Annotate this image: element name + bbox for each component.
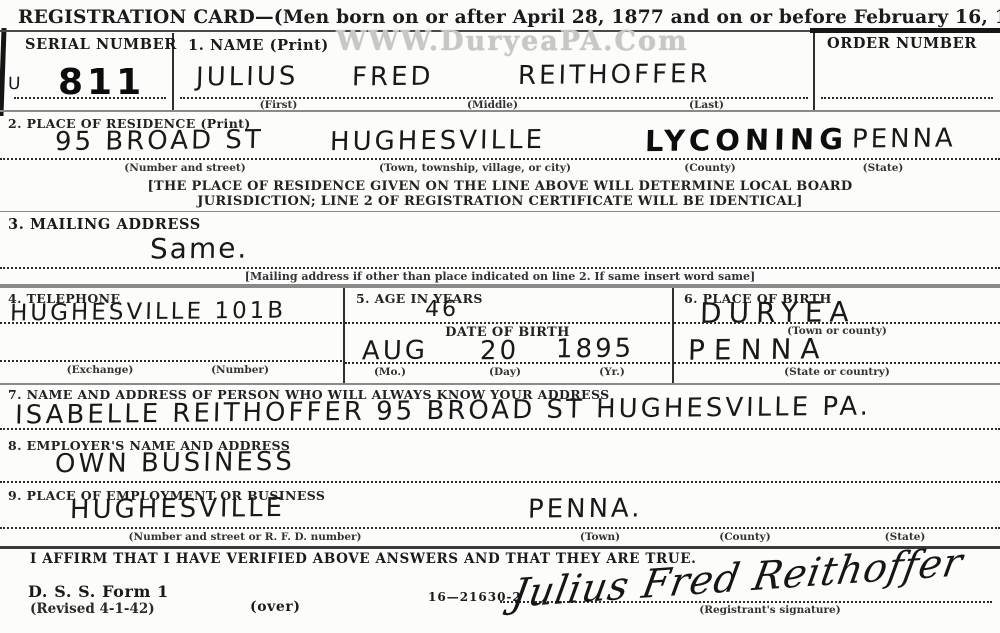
birth-town-writing-line [674,322,1000,324]
birth-year-value: 1895 [556,334,635,365]
over-note: (over) [250,599,301,615]
column-divider-name-order [813,33,815,110]
notice-line-1: [THE PLACE OF RESIDENCE GIVEN ON THE LIN… [0,179,1000,194]
serial-number-label: SERIAL NUMBER [25,36,177,53]
residence-town-value: HUGHESVILLE [330,125,546,157]
birth-day-hint: (Day) [465,366,545,378]
serial-writing-line [14,97,166,99]
order-writing-line [821,97,993,99]
employment-street-hint: (Number and street or R. F. D. number) [60,531,430,543]
middle-name-hint: (Middle) [385,99,600,111]
form-revision: (Revised 4-1-42) [30,601,155,617]
birth-month-hint: (Mo.) [350,366,430,378]
last-name-value: REITHOFFER [518,59,711,91]
residence-street-value: 95 BROAD ST [55,125,264,157]
employment-writing-line [0,527,1000,529]
birth-year-hint: (Yr.) [572,366,652,378]
employer-value: OWN BUSINESS [55,447,296,480]
serial-prefix-value: U [8,74,24,94]
telephone-writing-line-2 [0,360,342,362]
mailing-writing-line [0,267,1000,269]
first-name-hint: (First) [172,99,385,111]
scan-edge-mark [0,28,7,116]
birth-state-writing-line [674,362,1000,364]
telephone-writing-line-1 [0,322,342,324]
residence-street-hint: (Number and street) [30,162,340,174]
telephone-number-hint: (Number) [180,364,300,376]
affirmation-statement: I AFFIRM THAT I HAVE VERIFIED ABOVE ANSW… [30,551,696,567]
registration-card-title: REGISTRATION CARD—(Men born on or after … [18,6,1000,28]
divider-notice [0,211,1000,212]
age-label: 5. AGE IN YEARS [356,291,483,306]
local-board-notice: [THE PLACE OF RESIDENCE GIVEN ON THE LIN… [0,179,1000,209]
employment-town-value: PENNA. [528,493,643,524]
employment-place-value: HUGHESVILLE [70,493,286,525]
employment-town-hint: (Town) [555,531,645,543]
notice-line-2: JURISDICTION; LINE 2 OF REGISTRATION CER… [0,194,1000,209]
telephone-exchange-hint: (Exchange) [30,364,170,376]
watermark: WWW.DuryeaPA.Com [336,26,689,57]
divider-order-heavy [810,28,1000,33]
registration-card: REGISTRATION CARD—(Men born on or after … [0,0,1000,633]
age-writing-line [345,322,670,324]
divider-mailing [0,284,1000,288]
age-value: 46 [425,297,460,322]
mailing-address-label: 3. MAILING ADDRESS [8,216,201,233]
residence-town-hint: (Town, township, village, or city) [330,162,620,174]
form-number: D. S. S. Form 1 [28,582,169,601]
residence-state-value: PENNA [852,123,957,154]
order-number-label: ORDER NUMBER [827,35,977,52]
residence-state-hint: (State) [818,162,948,174]
employer-writing-line [0,481,1000,483]
contact-writing-line [0,428,1000,430]
divider-row456 [0,383,1000,385]
residence-county-hint: (County) [640,162,780,174]
birth-state-hint: (State or country) [674,366,1000,378]
last-name-hint: (Last) [600,99,813,111]
name-field-label: 1. NAME (Print) [188,37,329,54]
date-of-birth-writing-line [345,362,670,364]
middle-name-value: FRED [352,62,434,93]
employment-county-hint: (County) [700,531,790,543]
residence-county-value: LYCONING [645,122,849,158]
mailing-address-hint: [Mailing address if other than place ind… [0,270,1000,283]
mailing-address-value: Same. [150,231,249,265]
first-name-value: JULIUS [196,61,299,92]
residence-writing-line [0,158,1000,160]
